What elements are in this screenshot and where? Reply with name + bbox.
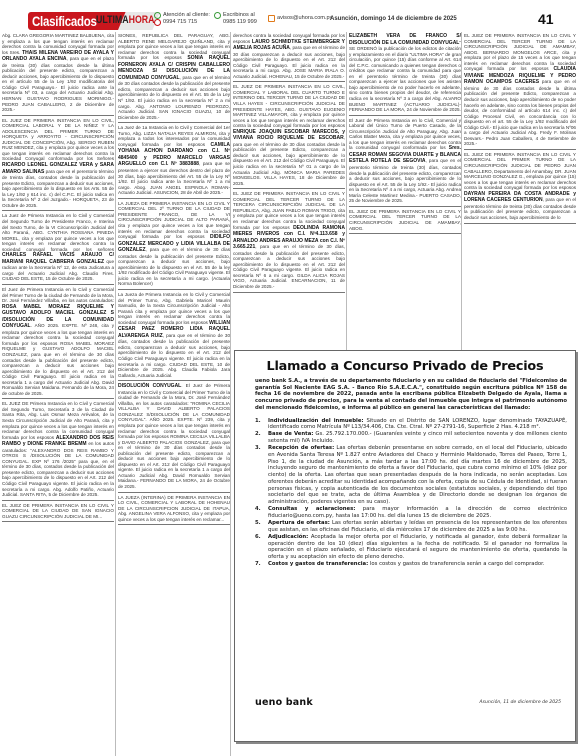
whatsapp-icon bbox=[214, 12, 221, 19]
legal-notice: EL JUEZ DE PRIMERA INSTANCIA EN LO CIVIL… bbox=[2, 117, 114, 212]
ad-intro: ueno bank S.A., a través de su departame… bbox=[255, 378, 567, 412]
tender-announcement-ad: Llamado a Concurso Privado de Precios ue… bbox=[234, 350, 576, 742]
ad-condition-item: 6.Adjudicación: Aceptada la mejor oferta… bbox=[255, 534, 567, 561]
ad-condition-item: 5.Apertura de ofertas: Las ofertas serán… bbox=[255, 520, 567, 533]
column-divider bbox=[461, 32, 462, 350]
legal-notice: El Juez de Primera Instancia en lo Civil… bbox=[349, 117, 461, 207]
ad-condition-item: 1.Individualización del inmueble: Situad… bbox=[255, 418, 567, 431]
page-header: Clasificados ULTIMAHORA Atención al clie… bbox=[0, 0, 580, 30]
column-divider bbox=[230, 32, 231, 756]
mail-icon bbox=[268, 15, 275, 22]
classifieds-column-2: SIONES, REPUBLICA DEL PARAGUAY, ABG. ALB… bbox=[118, 32, 230, 752]
legal-notice: EL JUEZ DE Primera Instancia en lo Civil… bbox=[2, 400, 114, 500]
newspaper-logo: ULTIMAHORA bbox=[96, 14, 155, 26]
column-divider bbox=[346, 32, 347, 350]
legal-notice: EL JUEZ DE PRIMERA INSTANCIA EN LO CIVIL… bbox=[233, 190, 345, 292]
legal-notice: derechos contra la sociedad conyugal for… bbox=[233, 32, 345, 82]
legal-notice: EL JUEZ DE PRIMERA INSTANCIA EN LO CIVIL… bbox=[233, 83, 345, 189]
legal-notice: LA JUEZA DE PRIMERA INSTANCIA EN LO CIVI… bbox=[118, 200, 230, 290]
legal-notice: EL JUEZ DE PRIMERA INSTANCIA EN LO CIVIL… bbox=[2, 502, 114, 523]
publication-date: Asunción, domingo 14 de diciembre de 202… bbox=[330, 16, 457, 22]
section-title: Clasificados bbox=[32, 13, 97, 29]
legal-notice: LA JUEZA (INTERINA) DE PRIMERA INSTANCIA… bbox=[118, 494, 230, 526]
ad-condition-item: 7.Costos y gastos de transferencia: los … bbox=[255, 561, 567, 568]
contact-whatsapp: Escribinos al 0985 119 999 bbox=[214, 12, 257, 26]
legal-notice: Abg. CLARA GREGORIA MARTINEZ BALBUENA, c… bbox=[2, 32, 114, 116]
legal-notice: DISOLUCIÓN CONYUGAL. El Juez de Primera … bbox=[118, 382, 230, 492]
page-number: 41 bbox=[538, 11, 554, 27]
ad-date: Asunción, 11 de diciembre de 2025 bbox=[479, 700, 561, 705]
classifieds-column-5: EL JUEZ DE PRIMERA INSTANCIA EN LO CIVIL… bbox=[464, 32, 576, 348]
legal-notice: La Juez de 1a Instancia en lo Civil y Co… bbox=[118, 124, 230, 199]
legal-notice: EL JUEZ DE PRIMERA INSTANCIA EN LO CIVIL… bbox=[464, 32, 576, 150]
ad-conditions-list: 1.Individualización del inmueble: Situad… bbox=[255, 418, 567, 568]
classifieds-column-4: ELIZABETH VERA DE FRANCO S/ DISOLUCIÓN D… bbox=[349, 32, 461, 348]
legal-notice: ELIZABETH VERA DE FRANCO S/ DISOLUCIÓN D… bbox=[349, 32, 461, 116]
ueno-bank-logo: ueno bank bbox=[255, 697, 313, 708]
ad-footer: ueno bank Asunción, 11 de diciembre de 2… bbox=[255, 697, 561, 713]
contact-email[interactable]: avisos@uhora.com.py bbox=[268, 15, 332, 22]
legal-notice: La Juez de Primera Instancia en lo Civil… bbox=[2, 212, 114, 285]
legal-notice: SIONES, REPUBLICA DEL PARAGUAY, ABG. ALB… bbox=[118, 32, 230, 123]
contact-customer-service: Atención al cliente: 0994 715 715 bbox=[154, 12, 210, 26]
ad-title: Llamado a Concurso Privado de Precios bbox=[243, 359, 567, 374]
whatsapp-icon bbox=[154, 12, 161, 19]
classifieds-column-1: Abg. CLARA GREGORIA MARTINEZ BALBUENA, c… bbox=[2, 32, 114, 752]
ad-condition-item: 4.Consultas y aclaraciones: para mayor i… bbox=[255, 506, 567, 519]
legal-notice: EL JUEZ DE PRIMERA INSTANCIA EN LO CIVIL… bbox=[464, 151, 576, 224]
legal-notice: El Juez de Primera Instancia en lo Civil… bbox=[2, 286, 114, 399]
column-divider bbox=[115, 32, 116, 756]
phone-icon bbox=[154, 19, 161, 26]
ad-condition-item: 2.Base de Venta: Gs. 25.792.170.000.- (G… bbox=[255, 431, 567, 444]
ad-condition-item: 3.Recepción de ofertas: Las ofertas debe… bbox=[255, 445, 567, 505]
legal-notice: EL JUEZ DE PRIMERA INSTANCIA EN LO CIVIL… bbox=[349, 208, 461, 234]
classifieds-column-3: derechos contra la sociedad conyugal for… bbox=[233, 32, 345, 348]
legal-notice: La Jueza de Primera Instancia en lo Civi… bbox=[118, 291, 230, 381]
